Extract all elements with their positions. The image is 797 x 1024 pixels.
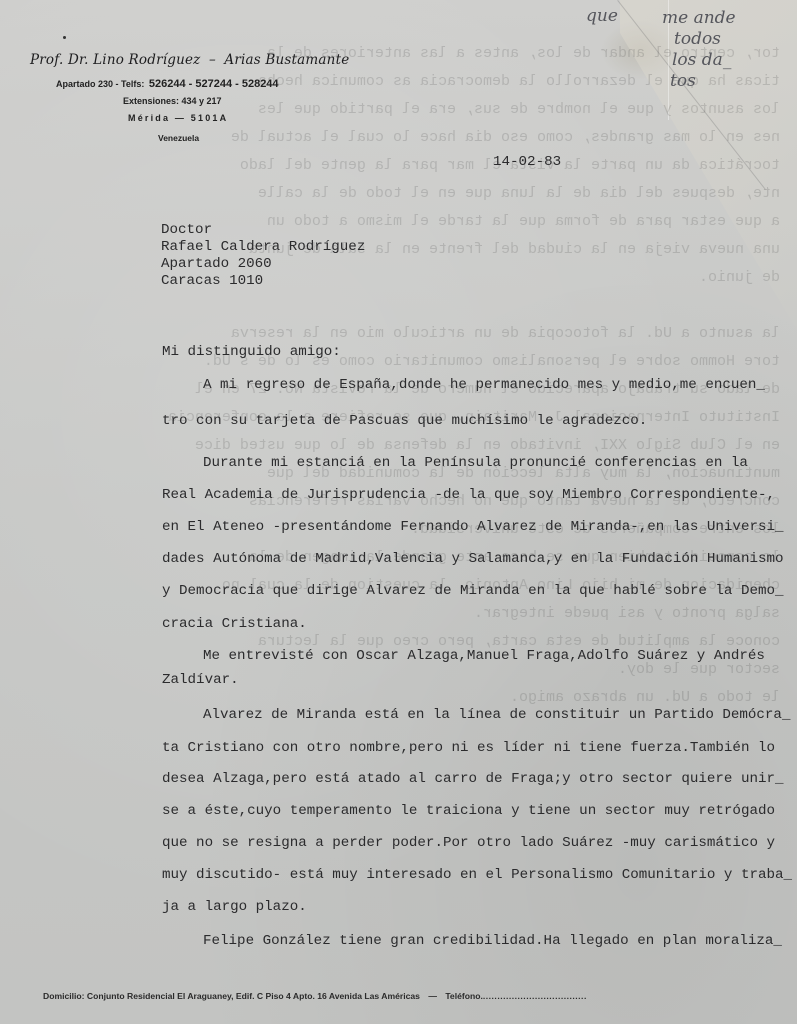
- body-line: Durante mi estanciá en la Península pron…: [203, 455, 748, 471]
- body-line: ja a largo plazo.: [162, 899, 307, 915]
- footer-address: Domicilio: Conjunto Residencial El Aragu…: [43, 991, 587, 1001]
- letterhead-phones: Apartado 230 - Telfs: 526244 - 527244 - …: [56, 78, 279, 90]
- letterhead-name-first: Prof. Dr. Lino Rodríguez: [30, 52, 200, 68]
- body-line: se a éste,cuyo temperamento le traiciona…: [162, 803, 775, 819]
- body-line: y Democracia que dirige Alvarez de Miran…: [162, 583, 784, 599]
- letterhead-phone-numbers: 526244 - 527244 - 528244: [149, 78, 279, 90]
- body-line: A mi regreso de España,donde he permanec…: [203, 377, 765, 393]
- body-line: Alvarez de Miranda está en la línea de c…: [203, 707, 790, 723]
- handwritten-line: tos: [670, 71, 782, 92]
- body-line: desea Alzaga,pero está atado al carro de…: [162, 771, 784, 787]
- body-line: Real Academia de Jurisprudencia -de la q…: [162, 487, 775, 503]
- body-line: Felipe González tiene gran credibilidad.…: [203, 933, 782, 949]
- ink-speck: [63, 36, 66, 39]
- body-line: tro con su tarjeta de Pascuas que muchís…: [162, 413, 647, 429]
- letterhead-city: Mérida — 5101A: [128, 113, 228, 123]
- footer-phone-blank: ....................................: [483, 991, 587, 1001]
- letterhead-name-second: Arias Bustamante: [224, 52, 349, 68]
- handwritten-note: me ande todos los da_ tos: [662, 8, 782, 92]
- body-line: dades Autónoma de Madrid,Valencia y Sala…: [162, 551, 784, 567]
- handwritten-line: todos: [674, 29, 782, 50]
- body-line: Zaldívar.: [162, 672, 239, 688]
- body-line: que no se resigna a perder poder.Por otr…: [162, 835, 775, 851]
- recipient-line: Apartado 2060: [161, 256, 365, 273]
- handwritten-note-que: que: [586, 6, 618, 27]
- letterhead-extensions: Extensiones: 434 y 217: [123, 96, 222, 106]
- body-line: muy discutido- está muy interesado en el…: [162, 867, 792, 883]
- footer-address-text: Domicilio: Conjunto Residencial El Aragu…: [43, 991, 420, 1001]
- letterhead-country: Venezuela: [158, 133, 199, 143]
- recipient-line: Caracas 1010: [161, 273, 365, 290]
- recipient-address: Doctor Rafael Caldera Rodríguez Apartado…: [161, 222, 365, 290]
- body-line: cracia Cristiana.: [162, 616, 307, 632]
- footer-phone-label: Teléfono.: [445, 991, 483, 1001]
- handwritten-line: me ande: [662, 8, 782, 29]
- letter-date: 14-02-83: [493, 154, 561, 170]
- body-line: en El Ateneo -presentándome Fernando Alv…: [162, 519, 784, 535]
- body-line: Me entrevisté con Oscar Alzaga,Manuel Fr…: [203, 648, 765, 664]
- letterhead-phones-label: Apartado 230 - Telfs:: [56, 79, 144, 89]
- handwritten-line: los da_: [672, 50, 782, 71]
- salutation: Mi distinguido amigo:: [162, 344, 341, 360]
- recipient-line: Doctor: [161, 222, 365, 239]
- body-line: ta Cristiano con otro nombre,pero ni es …: [162, 740, 775, 756]
- letterhead-name: Prof. Dr. Lino Rodríguez – Arias Bustama…: [30, 52, 349, 68]
- recipient-line: Rafael Caldera Rodríguez: [161, 239, 365, 256]
